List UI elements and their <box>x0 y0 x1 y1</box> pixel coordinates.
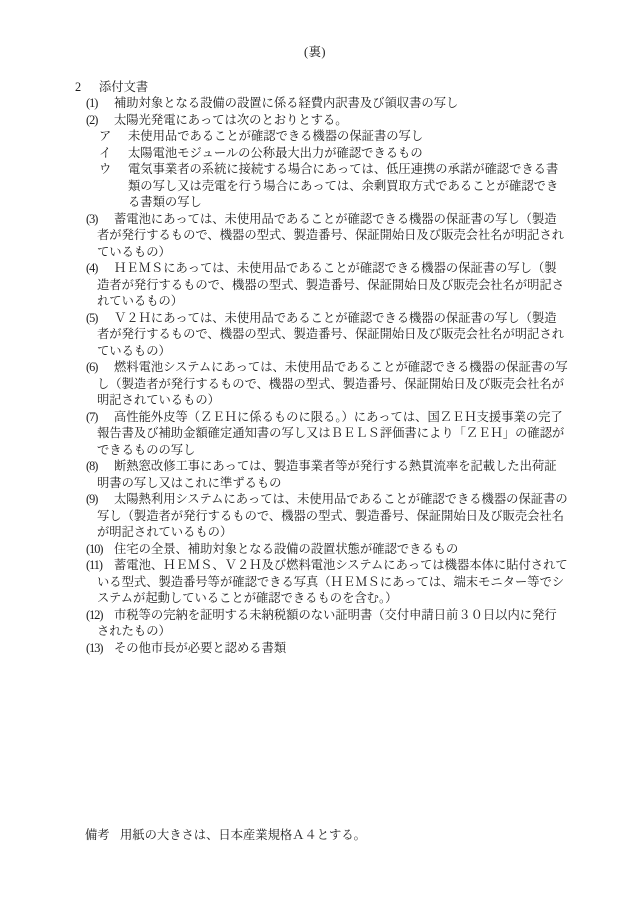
list-item-12: (12)市税等の完納を証明する未納税額のない証明書（交付申請日前３０日以内に発行… <box>97 607 568 640</box>
list-item-6: (6)燃料電池システムにあっては、未使用品であることが確認できる機器の保証書の写… <box>97 359 568 409</box>
item-number: (4) <box>86 260 112 277</box>
remarks-text: 用紙の大きさは、日本産業規格Ａ４とする。 <box>120 828 366 842</box>
section-heading: 2添付文書 <box>75 79 630 96</box>
list-item-3: (3)蓄電池にあっては、未使用品であることが確認できる機器の保証書の写し（製造者… <box>97 211 568 261</box>
section-number: 2 <box>75 79 99 96</box>
item-number: (12) <box>86 607 112 624</box>
attachment-list: (1)補助対象となる設備の設置に係る経費内訳書及び領収書の写し (2)太陽光発電… <box>0 95 630 656</box>
item-number: (8) <box>86 458 112 475</box>
list-item-10: (10)住宅の全景、補助対象となる設備の設置状態が確認できるもの <box>97 541 568 558</box>
page-side-label: (裏) <box>0 44 630 61</box>
item-number: (3) <box>86 211 112 228</box>
subitem-text: 未使用品であることが確認できる機器の保証書の写し <box>128 129 423 143</box>
subitem-text: 電気事業者の系統に接続する場合にあっては、低圧連携の承諾が確認できる書類の写し又… <box>128 162 558 209</box>
item-number: (7) <box>86 409 112 426</box>
list-item-9: (9)太陽熱利用システムにあっては、未使用品であることが確認できる機器の保証書の… <box>97 491 568 541</box>
item-text: 住宅の全景、補助対象となる設備の設置状態が確認できるもの <box>114 542 458 556</box>
list-item-11: (11)蓄電池、ＨＥＭＳ、Ｖ２Ｈ及び燃料電池システムにあっては機器本体に貼付され… <box>97 557 568 607</box>
list-item-5: (5)Ｖ２Ｈにあっては、未使用品であることが確認できる機器の保証書の写し（製造者… <box>97 310 568 360</box>
list-item-8: (8)断熱窓改修工事にあっては、製造事業者等が発行する熱貫流率を記載した出荷証明… <box>97 458 568 491</box>
item-text: ＨＥＭＳにあっては、未使用品であることが確認できる機器の保証書の写し（製造者が発… <box>97 261 564 308</box>
list-subitem-2-a: ア未使用品であることが確認できる機器の保証書の写し <box>128 128 568 145</box>
item-text: 蓄電池にあっては、未使用品であることが確認できる機器の保証書の写し（製造者が発行… <box>97 212 564 259</box>
item-text: その他市長が必要と認める書類 <box>114 641 286 655</box>
remarks-label: 備考 <box>85 827 120 844</box>
item-number: (5) <box>86 310 112 327</box>
item-number: (13) <box>86 640 112 657</box>
document-page: (裏) 2添付文書 (1)補助対象となる設備の設置に係る経費内訳書及び領収書の写… <box>0 0 630 903</box>
item-text: 蓄電池、ＨＥＭＳ、Ｖ２Ｈ及び燃料電池システムにあっては機器本体に貼付されている型… <box>97 558 568 605</box>
item-text: 燃料電池システムにあっては、未使用品であることが確認できる機器の保証書の写し（製… <box>97 360 568 407</box>
subitem-number: ア <box>99 128 125 145</box>
subitem-number: ウ <box>99 161 125 178</box>
list-item-13: (13)その他市長が必要と認める書類 <box>97 640 568 657</box>
list-subitem-2-i: イ太陽電池モジュールの公称最大出力が確認できるもの <box>128 145 568 162</box>
item-text: 高性能外皮等（ＺＥＨに係るものに限る。）にあっては、国ＺＥＨ支援事業の完了報告書… <box>97 410 564 457</box>
item-number: (11) <box>86 557 112 574</box>
list-item-7: (7)高性能外皮等（ＺＥＨに係るものに限る。）にあっては、国ＺＥＨ支援事業の完了… <box>97 409 568 459</box>
list-item-2: (2)太陽光発電にあっては次のとおりとする。 <box>97 112 568 129</box>
item-text: Ｖ２Ｈにあっては、未使用品であることが確認できる機器の保証書の写し（製造者が発行… <box>97 311 564 358</box>
subitem-number: イ <box>99 145 125 162</box>
list-subitem-2-u: ウ電気事業者の系統に接続する場合にあっては、低圧連携の承諾が確認できる書類の写し… <box>128 161 568 211</box>
subitem-text: 太陽電池モジュールの公称最大出力が確認できるもの <box>128 146 423 160</box>
section-title: 添付文書 <box>99 80 148 94</box>
item-text: 補助対象となる設備の設置に係る経費内訳書及び領収書の写し <box>114 96 458 110</box>
item-number: (6) <box>86 359 112 376</box>
list-item-4: (4)ＨＥＭＳにあっては、未使用品であることが確認できる機器の保証書の写し（製造… <box>97 260 568 310</box>
remarks-note: 備考用紙の大きさは、日本産業規格Ａ４とする。 <box>85 827 630 844</box>
item-number: (9) <box>86 491 112 508</box>
item-text: 太陽熱利用システムにあっては、未使用品であることが確認できる機器の保証書の写し（… <box>97 492 568 539</box>
item-number: (1) <box>86 95 112 112</box>
item-number: (2) <box>86 112 112 129</box>
item-text: 市税等の完納を証明する未納税額のない証明書（交付申請日前３０日以内に発行されたも… <box>97 608 557 639</box>
item-text: 太陽光発電にあっては次のとおりとする。 <box>114 113 348 127</box>
item-text: 断熱窓改修工事にあっては、製造事業者等が発行する熱貫流率を記載した出荷証明書の写… <box>97 459 557 490</box>
list-item-1: (1)補助対象となる設備の設置に係る経費内訳書及び領収書の写し <box>97 95 568 112</box>
item-number: (10) <box>86 541 112 558</box>
